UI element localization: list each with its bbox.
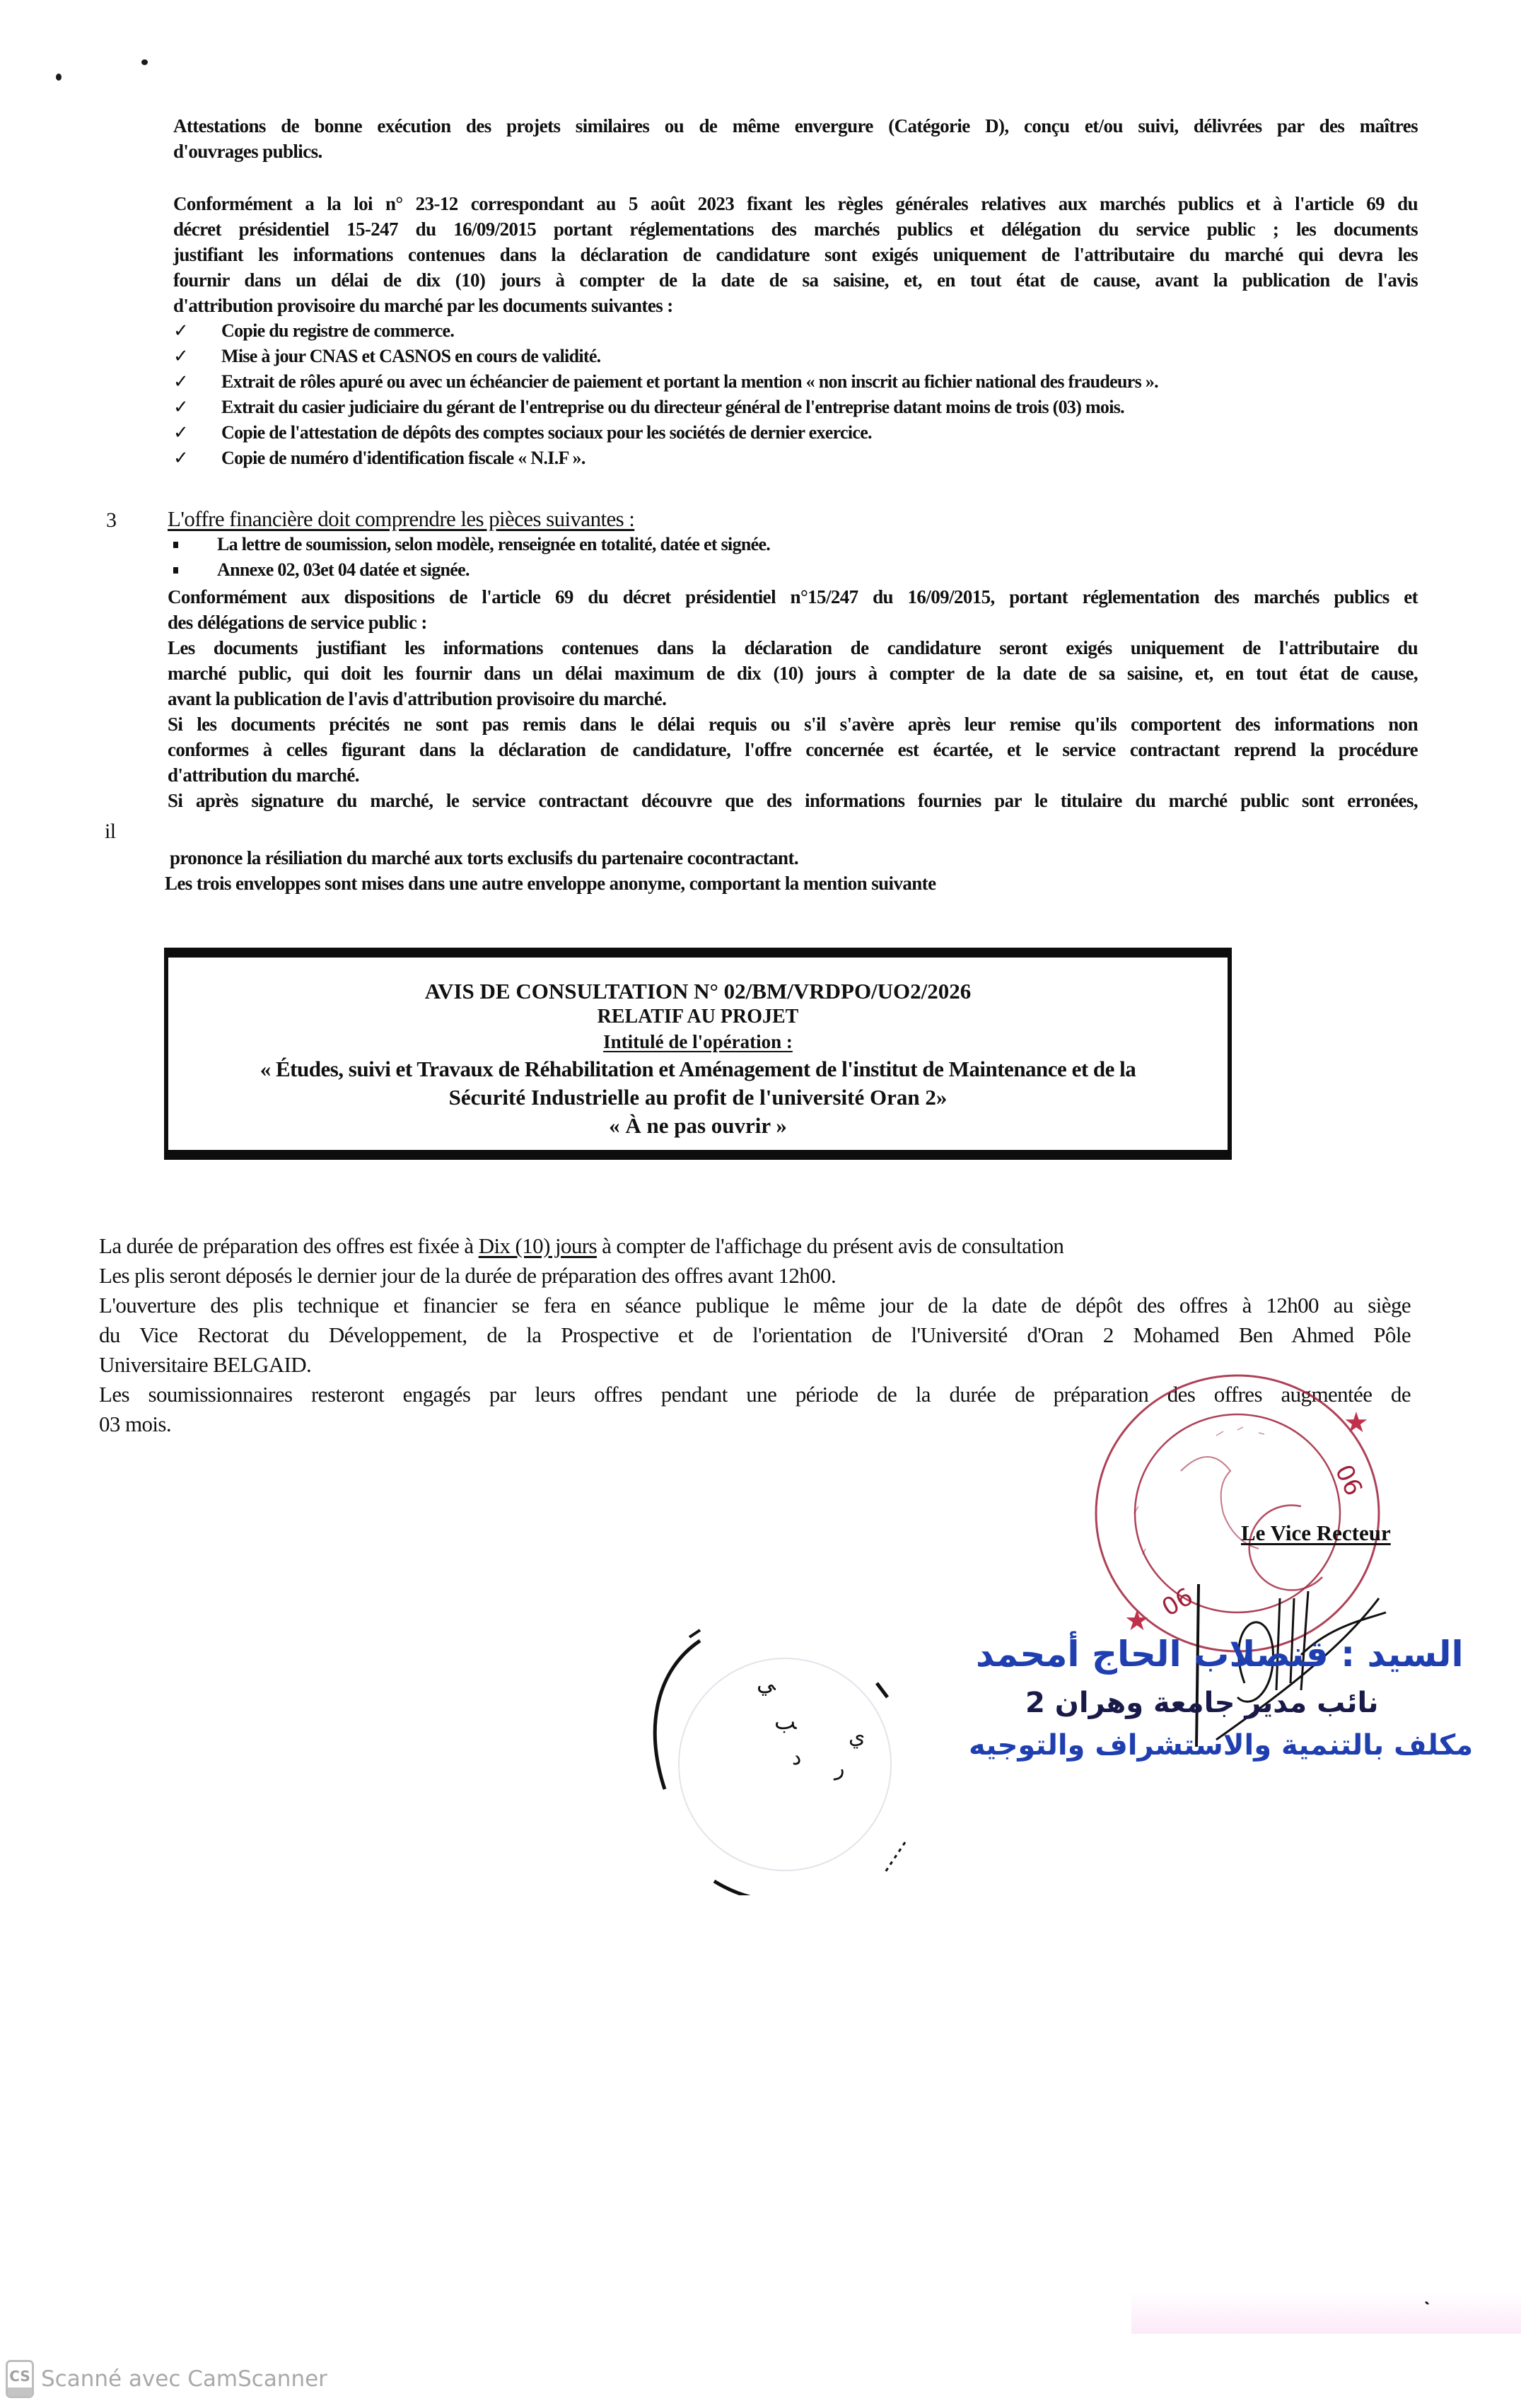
arabic-name-stamp: السيد : قنصلاب الحاج أمحمد — [976, 1634, 1464, 1675]
list-item: ✓Mise à jour CNAS et CASNOS en cours de … — [173, 344, 1158, 369]
stray-word: il — [105, 819, 115, 844]
camscanner-watermark: CS Scanné avec CamScanner — [6, 2360, 327, 2398]
operation-label: Intitulé de l'opération : — [603, 1031, 793, 1052]
law-line: d'attribution provisoire du marché par l… — [173, 293, 673, 318]
paragraph-line: des délégations de service public : — [168, 610, 427, 635]
list-item: ✓Extrait du casier judiciaire du gérant … — [173, 395, 1158, 420]
consultation-subtitle: RELATIF AU PROJET — [168, 1006, 1228, 1028]
intro-line-2: d'ouvrages publics. — [173, 139, 322, 164]
envelope-label-box: AVIS DE CONSULTATION N° 02/BM/VRDPO/UO2/… — [164, 948, 1232, 1160]
law-line: décret présidentiel 15-247 du 16/09/2015… — [173, 216, 1418, 242]
paragraph-line: d'attribution du marché. — [168, 762, 359, 788]
operation-title-line-2: Sécurité Industrielle au profit de l'uni… — [168, 1085, 1228, 1110]
scanned-page: Attestations de bonne exécution des proj… — [0, 0, 1521, 2408]
law-line: justifiant les informations contenues da… — [173, 242, 1418, 267]
scan-speck — [56, 74, 62, 81]
financial-offer-list: La lettre de soumission, selon modèle, r… — [173, 532, 770, 583]
closing-line: Les plis seront déposés le dernier jour … — [99, 1263, 836, 1289]
scan-speck — [141, 59, 148, 65]
arabic-role-line-2: مكلف بالتنمية والاستشراف والتوجيه — [969, 1729, 1473, 1762]
do-not-open-warning: « À ne pas ouvrir » — [168, 1113, 1228, 1139]
arabic-role-line-1: نائب مدير جامعة وهران 2 — [1025, 1687, 1379, 1719]
faded-round-stamp: ﻲ ﺐ ﺩ ﻱ ﺭ — [622, 1584, 933, 1895]
law-line: fournir dans un délai de dix (10) jours … — [173, 267, 1418, 293]
consultation-title: AVIS DE CONSULTATION N° 02/BM/VRDPO/UO2/… — [168, 979, 1228, 1004]
svg-text:06: 06 — [1329, 1460, 1368, 1500]
section-heading: L'offre financière doit comprendre les p… — [168, 506, 634, 532]
closing-line: Universitaire BELGAID. — [99, 1352, 311, 1378]
duration-highlight: Dix (10) jours — [479, 1233, 597, 1258]
watermark-text: Scanné avec CamScanner — [41, 2366, 327, 2392]
envelopes-line: Les trois enveloppes sont mises dans une… — [165, 871, 936, 896]
star-icon: ★ — [1124, 1605, 1150, 1636]
check-icon: ✓ — [173, 318, 194, 344]
offer-duration-line: La durée de préparation des offres est f… — [99, 1233, 1063, 1259]
signatory-title: Le Vice Recteur — [1241, 1520, 1391, 1546]
paragraph-line: avant la publication de l'avis d'attribu… — [168, 686, 666, 711]
paragraph-line: Les documents justifiant les information… — [168, 635, 1418, 661]
list-item: ✓Copie de numéro d'identification fiscal… — [173, 446, 1158, 471]
section-number: 3 — [106, 508, 116, 533]
list-item: ✓Copie du registre de commerce. — [173, 318, 1158, 344]
law-line: Conformément a la loi n° 23-12 correspon… — [173, 191, 1418, 216]
list-item: ✓Copie de l'attestation de dépôts des co… — [173, 420, 1158, 446]
intro-line-1: Attestations de bonne exécution des proj… — [173, 113, 1418, 139]
closing-line: 03 mois. — [99, 1412, 171, 1437]
bullet-icon — [173, 567, 178, 574]
check-icon: ✓ — [173, 446, 194, 471]
star-icon: ★ — [1344, 1407, 1369, 1438]
check-icon: ✓ — [173, 369, 194, 395]
svg-text:ﺭ: ﺭ — [833, 1756, 845, 1781]
paragraph-line: marché public, qui doit les fournir dans… — [168, 661, 1418, 686]
svg-text:ﻱ: ﻱ — [849, 1724, 865, 1749]
svg-text:ﻲ: ﻲ — [757, 1669, 776, 1696]
paragraph-line: conformes à celles figurant dans la décl… — [168, 737, 1418, 762]
svg-text:ﺩ: ﺩ — [792, 1745, 801, 1770]
paragraph-line: Conformément aux dispositions de l'artic… — [168, 584, 1418, 610]
closing-line: du Vice Rectorat du Développement, de la… — [99, 1322, 1411, 1348]
closing-line: L'ouverture des plis technique et financ… — [99, 1293, 1411, 1318]
list-item: ✓Extrait de rôles apuré ou avec un échéa… — [173, 369, 1158, 395]
camscanner-logo-icon: CS — [6, 2360, 34, 2398]
svg-text:ﺐ: ﺐ — [774, 1708, 797, 1735]
scan-tint — [1131, 2291, 1521, 2334]
paragraph-line: Si les documents précités ne sont pas re… — [168, 711, 1418, 737]
resiliation-line: prononce la résiliation du marché aux to… — [170, 845, 798, 871]
check-icon: ✓ — [173, 344, 194, 369]
required-documents-list: ✓Copie du registre de commerce. ✓Mise à … — [173, 318, 1158, 471]
check-icon: ✓ — [173, 420, 194, 446]
bullet-icon — [173, 542, 178, 548]
check-icon: ✓ — [173, 395, 194, 420]
paragraph-line: Si après signature du marché, le service… — [168, 788, 1418, 813]
list-item: La lettre de soumission, selon modèle, r… — [173, 532, 770, 557]
list-item: Annexe 02, 03et 04 datée et signée. — [173, 557, 770, 583]
operation-title-line-1: « Études, suivi et Travaux de Réhabilita… — [168, 1057, 1228, 1082]
